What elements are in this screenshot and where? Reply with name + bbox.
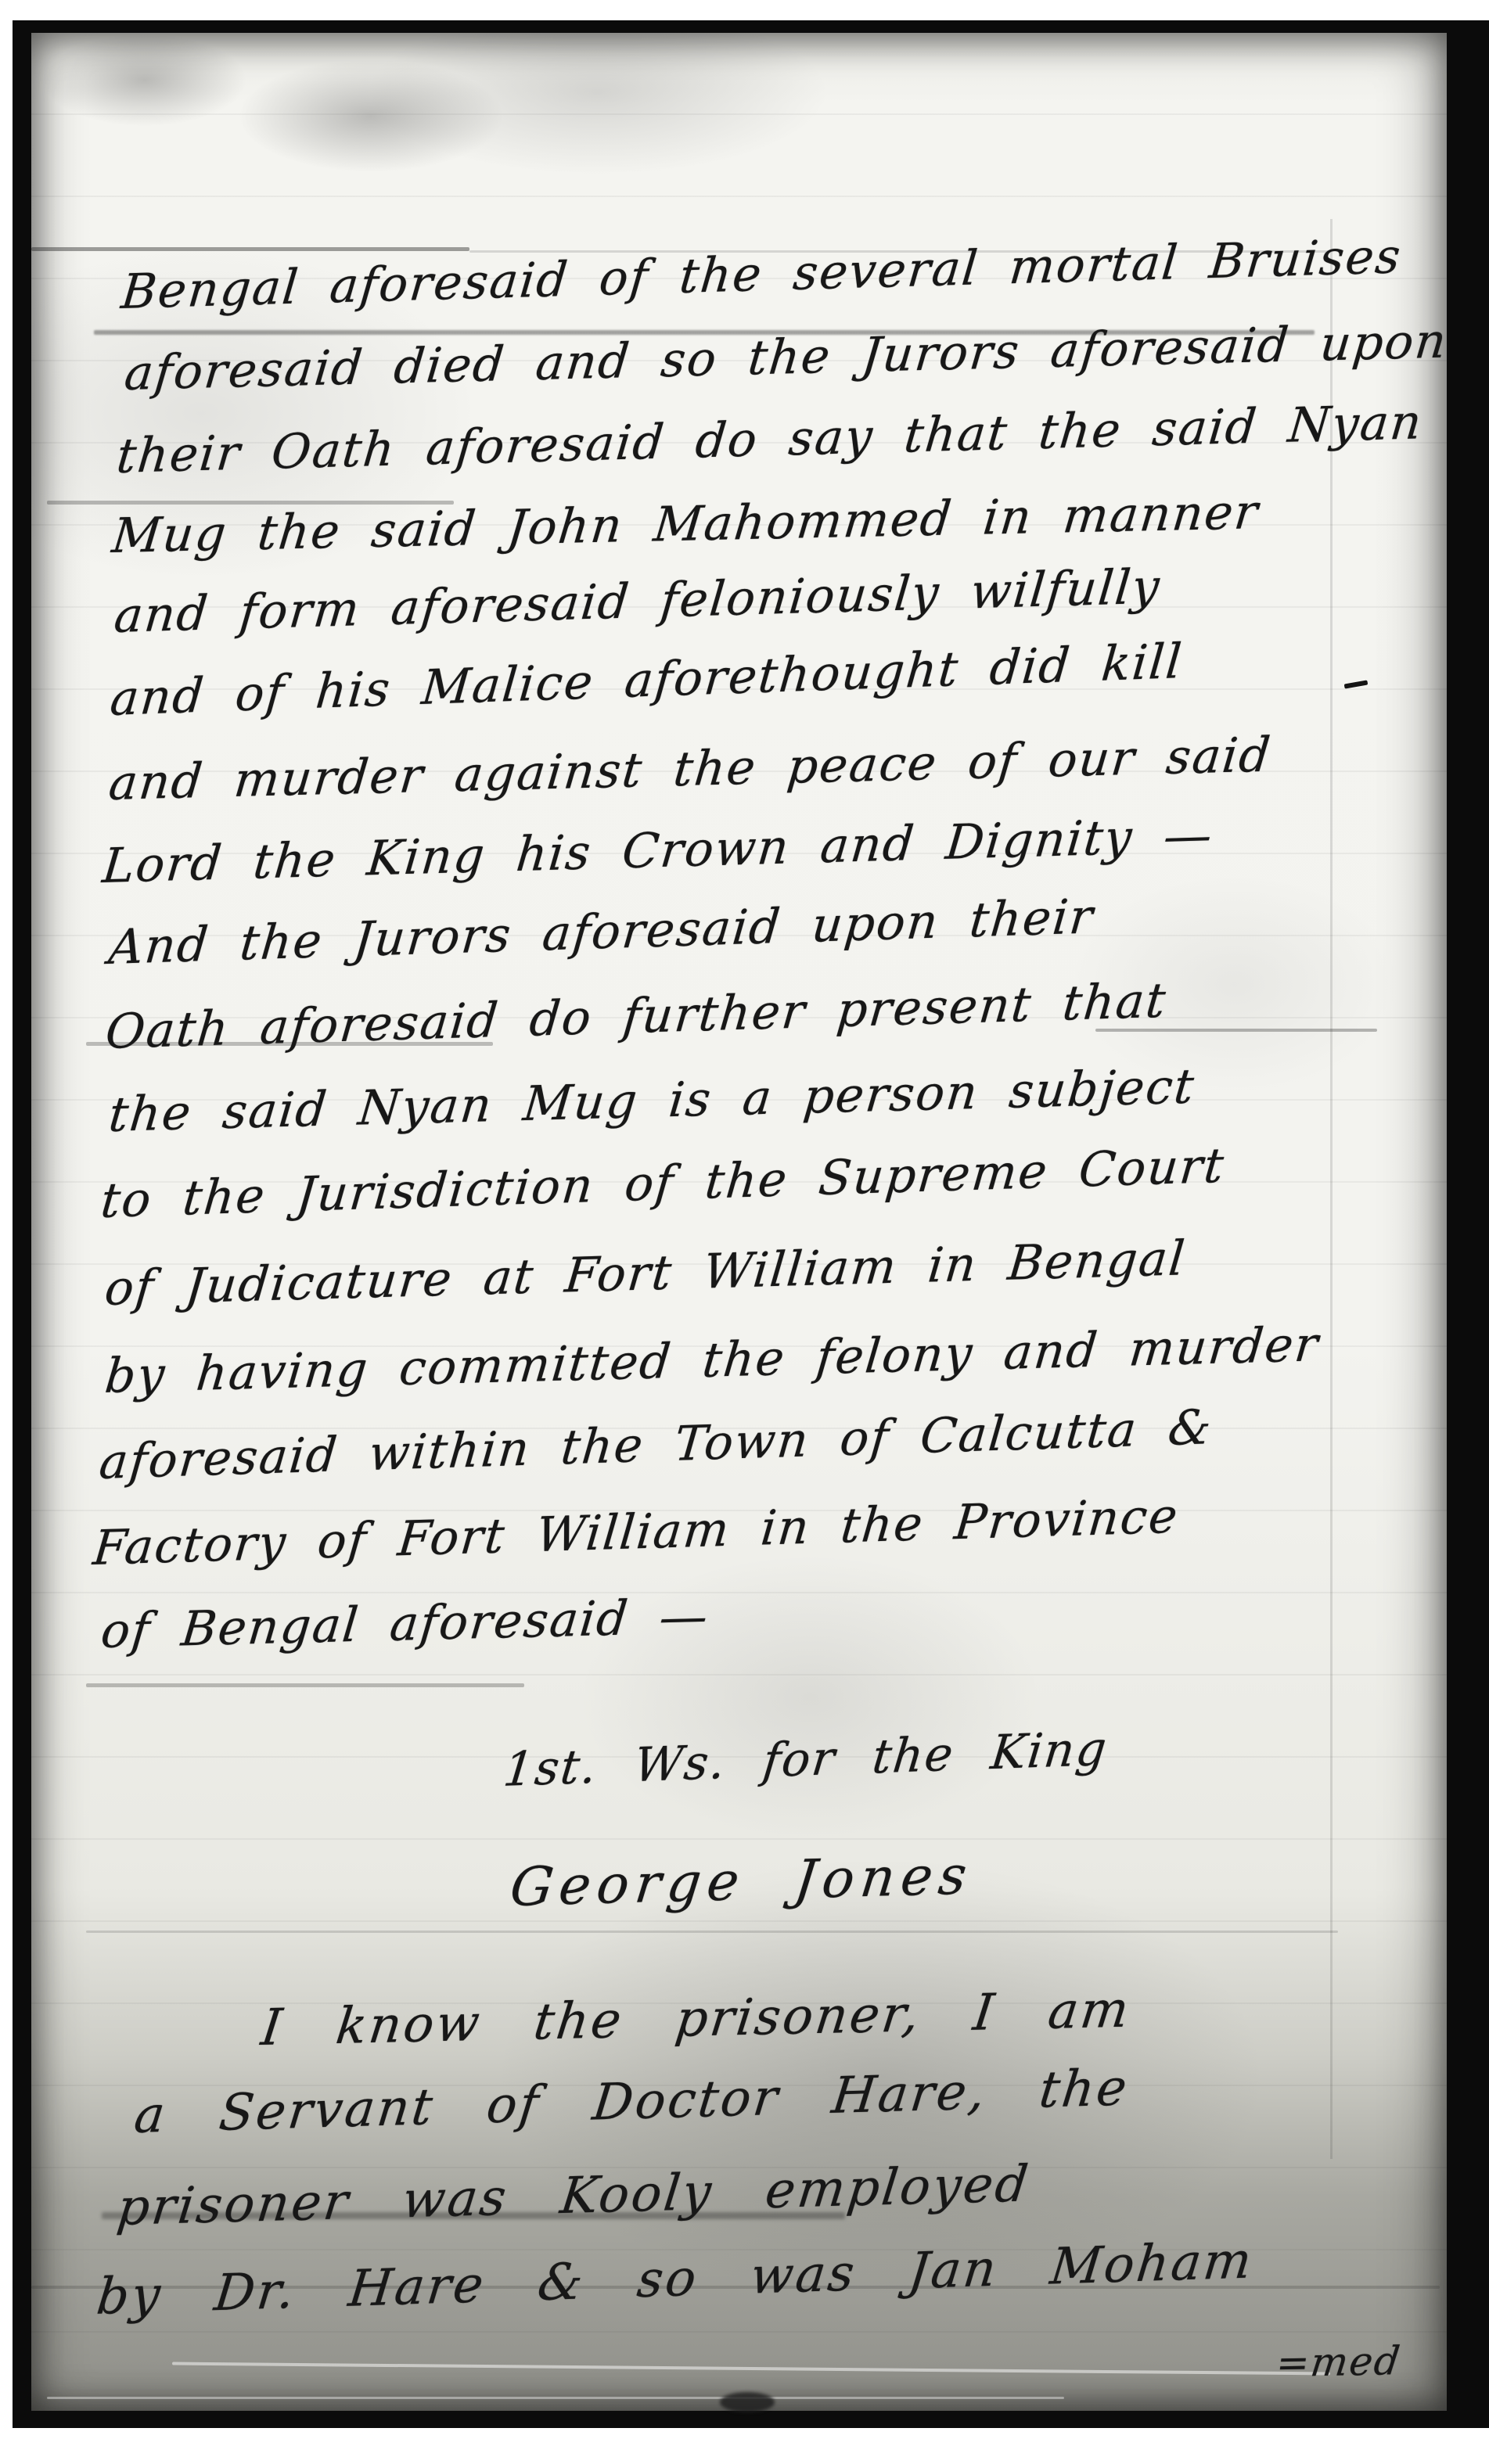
witness-name: George Jones	[507, 1844, 976, 1919]
fold-line-artifact	[1330, 219, 1333, 2159]
ruled-line-artifact	[86, 1931, 1338, 1933]
white-scratch-artifact	[47, 2397, 1064, 2399]
ruled-line-artifact	[86, 1683, 524, 1687]
ink-blot-artifact	[720, 2392, 775, 2412]
ruled-line-artifact	[31, 247, 469, 251]
scanned-document-page: Bengal aforesaid of the several mortal B…	[0, 0, 1489, 2464]
hyphen-carryover: =med	[1274, 2338, 1404, 2386]
